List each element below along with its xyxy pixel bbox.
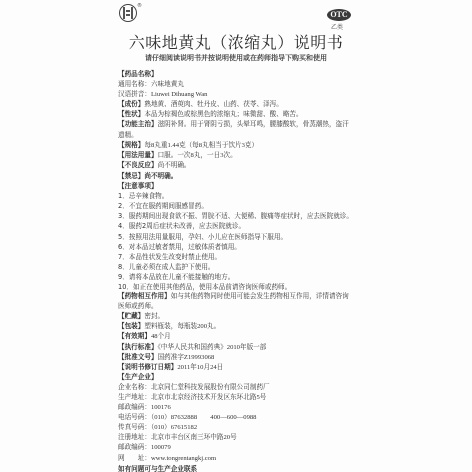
storage-value: 密封。 [144,313,164,320]
manufacturer-address: 生产地址：北京市北京经济技术开发区东环北路5号 [118,393,368,403]
standard-row: 【执行标准】《中华人民共和国药典》2010年版一部 [118,343,368,353]
precaution-item: 4．服药2周后症状未改善，应去医院就诊。 [118,221,368,231]
contra-row: 【禁忌】尚不明确。 [118,171,368,181]
spec-label: 【规格】 [118,142,144,149]
precaution-item: 7．本品性状发生改变时禁止使用。 [118,252,368,262]
registered-postcode: 邮政编码：100079 [118,443,368,453]
standard-label: 【执行标准】 [118,344,158,351]
indications-value: 滋阴补肾。用于肾阴亏损，头晕耳鸣，腰膝酸软，骨蒸潮热，盗汗 [158,121,349,128]
interaction-value: 如与其他药物同时使用可能会发生药物相互作用，详情请咨询 [171,293,349,300]
revision-row: 【说明书修订日期】2011年10月24日 [118,363,368,373]
package-row: 【包装】塑料瓶装，每瓶装200丸。 [118,322,368,332]
registered-address: 注册地址：北京市丰台区南三环中路20号 [118,433,368,443]
adverse-label: 【不良反应】 [118,162,158,169]
precaution-item: 1．忌辛辣食物。 [118,191,368,201]
interaction-label: 【药物相互作用】 [118,293,171,300]
tongrentang-logo-icon [119,4,137,22]
ingredients-label: 【成份】 [118,101,144,108]
appearance-row: 【性状】本品为棕褐色或棕黑色的浓缩丸；味微甜、酸、略苦。 [118,110,368,120]
storage-row: 【贮藏】密封。 [118,312,368,322]
otc-badge: OTC [327,9,351,21]
precaution-item: 2．不宜在服药期间服感冒药。 [118,201,368,211]
package-label: 【包装】 [118,323,144,330]
storage-label: 【贮藏】 [118,313,144,320]
precaution-item: 3．服药期间出现食欲不振、胃脘不适、大便稀、腹痛等症状时，应去医院就诊。 [118,211,368,221]
approval-value: 国药准字Z19993068 [158,354,215,361]
pinyin-name: 汉语拼音：Liuwei Dihuang Wan [118,90,368,100]
precaution-item: 9．请将本品放在儿童不能接触的地方。 [118,272,368,282]
manufacturer-fax: 传真号码：（010）67615182 [118,423,368,433]
precaution-item: 6．对本品过敏者禁用，过敏体质者慎用。 [118,242,368,252]
dosage-value: 口服。一次8丸，一日3次。 [158,152,237,159]
dosage-label: 【用法用量】 [118,152,158,159]
leaflet-page: ® OTC 乙类 六味地黄丸（浓缩丸）说明书 请仔细阅读说明书并按说明使用或在药… [0,0,472,472]
drug-name-heading: 【药品名称】 [118,70,368,80]
manufacturer-heading: 【生产企业】 [118,373,368,383]
interaction-row: 【药物相互作用】如与其他药物同时使用可能会发生药物相互作用，详情请咨询 [118,292,368,302]
validity-row: 【有效期】48个月 [118,332,368,342]
standard-value: 《中华人民共和国药典》2010年版一部 [158,344,267,351]
validity-value: 48个月 [151,333,171,340]
approval-label: 【批准文号】 [118,354,158,361]
spec-value: 每8丸重1.44克（每8丸相当于饮片3克） [144,142,258,149]
spec-row: 【规格】每8丸重1.44克（每8丸相当于饮片3克） [118,141,368,151]
appearance-value: 本品为棕褐色或棕黑色的浓缩丸；味微甜、酸、略苦。 [144,111,302,118]
appearance-label: 【性状】 [118,111,144,118]
contra-label: 【禁忌】 [118,172,144,180]
adverse-value: 尚不明确。 [158,162,191,169]
precaution-item: 5．按照用法用量服用，孕妇、小儿应在医师指导下服用。 [118,232,368,242]
manufacturer-postcode: 邮政编码：100176 [118,403,368,413]
contact-note: 如有问题可与生产企业联系 [118,464,368,472]
ingredients-value: 熟地黄、酒萸肉、牡丹皮、山药、茯苓、泽泻。 [144,101,282,108]
manufacturer-name: 企业名称：北京同仁堂科技发展股份有限公司制药厂 [118,383,368,393]
approval-row: 【批准文号】国药准字Z19993068 [118,353,368,363]
document-title: 六味地黄丸（浓缩丸）说明书 [0,30,472,53]
revision-label: 【说明书修订日期】 [118,364,177,371]
adverse-row: 【不良反应】尚不明确。 [118,161,368,171]
validity-label: 【有效期】 [118,333,151,340]
dosage-row: 【用法用量】口服。一次8丸，一日3次。 [118,151,368,161]
generic-name: 通用名称：六味地黄丸 [118,80,368,90]
indications-label: 【功能主治】 [118,121,158,128]
precautions-heading: 【注意事项】 [118,181,368,191]
precaution-item: 8．儿童必须在成人监护下使用。 [118,262,368,272]
indications-continued: 遗精。 [118,131,368,141]
document-subtitle: 请仔细阅读说明书并按说明使用或在药师指导下购买和使用 [0,53,472,63]
leaflet-body: 【药品名称】 通用名称：六味地黄丸 汉语拼音：Liuwei Dihuang Wa… [118,70,368,472]
manufacturer-phone: 电话号码：（010）87632888 400—600—0988 [118,413,368,423]
precaution-item: 10．如正在使用其他药品，使用本品前请咨询医师或药师。 [118,282,368,292]
indications-row: 【功能主治】滋阴补肾。用于肾阴亏损，头晕耳鸣，腰膝酸软，骨蒸潮热，盗汗 [118,120,368,130]
contra-value: 尚不明确。 [144,172,177,180]
revision-value: 2011年10月24日 [177,364,223,371]
ingredients-row: 【成份】熟地黄、酒萸肉、牡丹皮、山药、茯苓、泽泻。 [118,100,368,110]
package-value: 塑料瓶装，每瓶装200丸。 [144,323,220,330]
registered-mark: ® [137,3,142,9]
interaction-continued: 医师或药师。 [118,302,368,312]
manufacturer-website: 网 址：www.tongrentangkj.com [118,454,368,464]
